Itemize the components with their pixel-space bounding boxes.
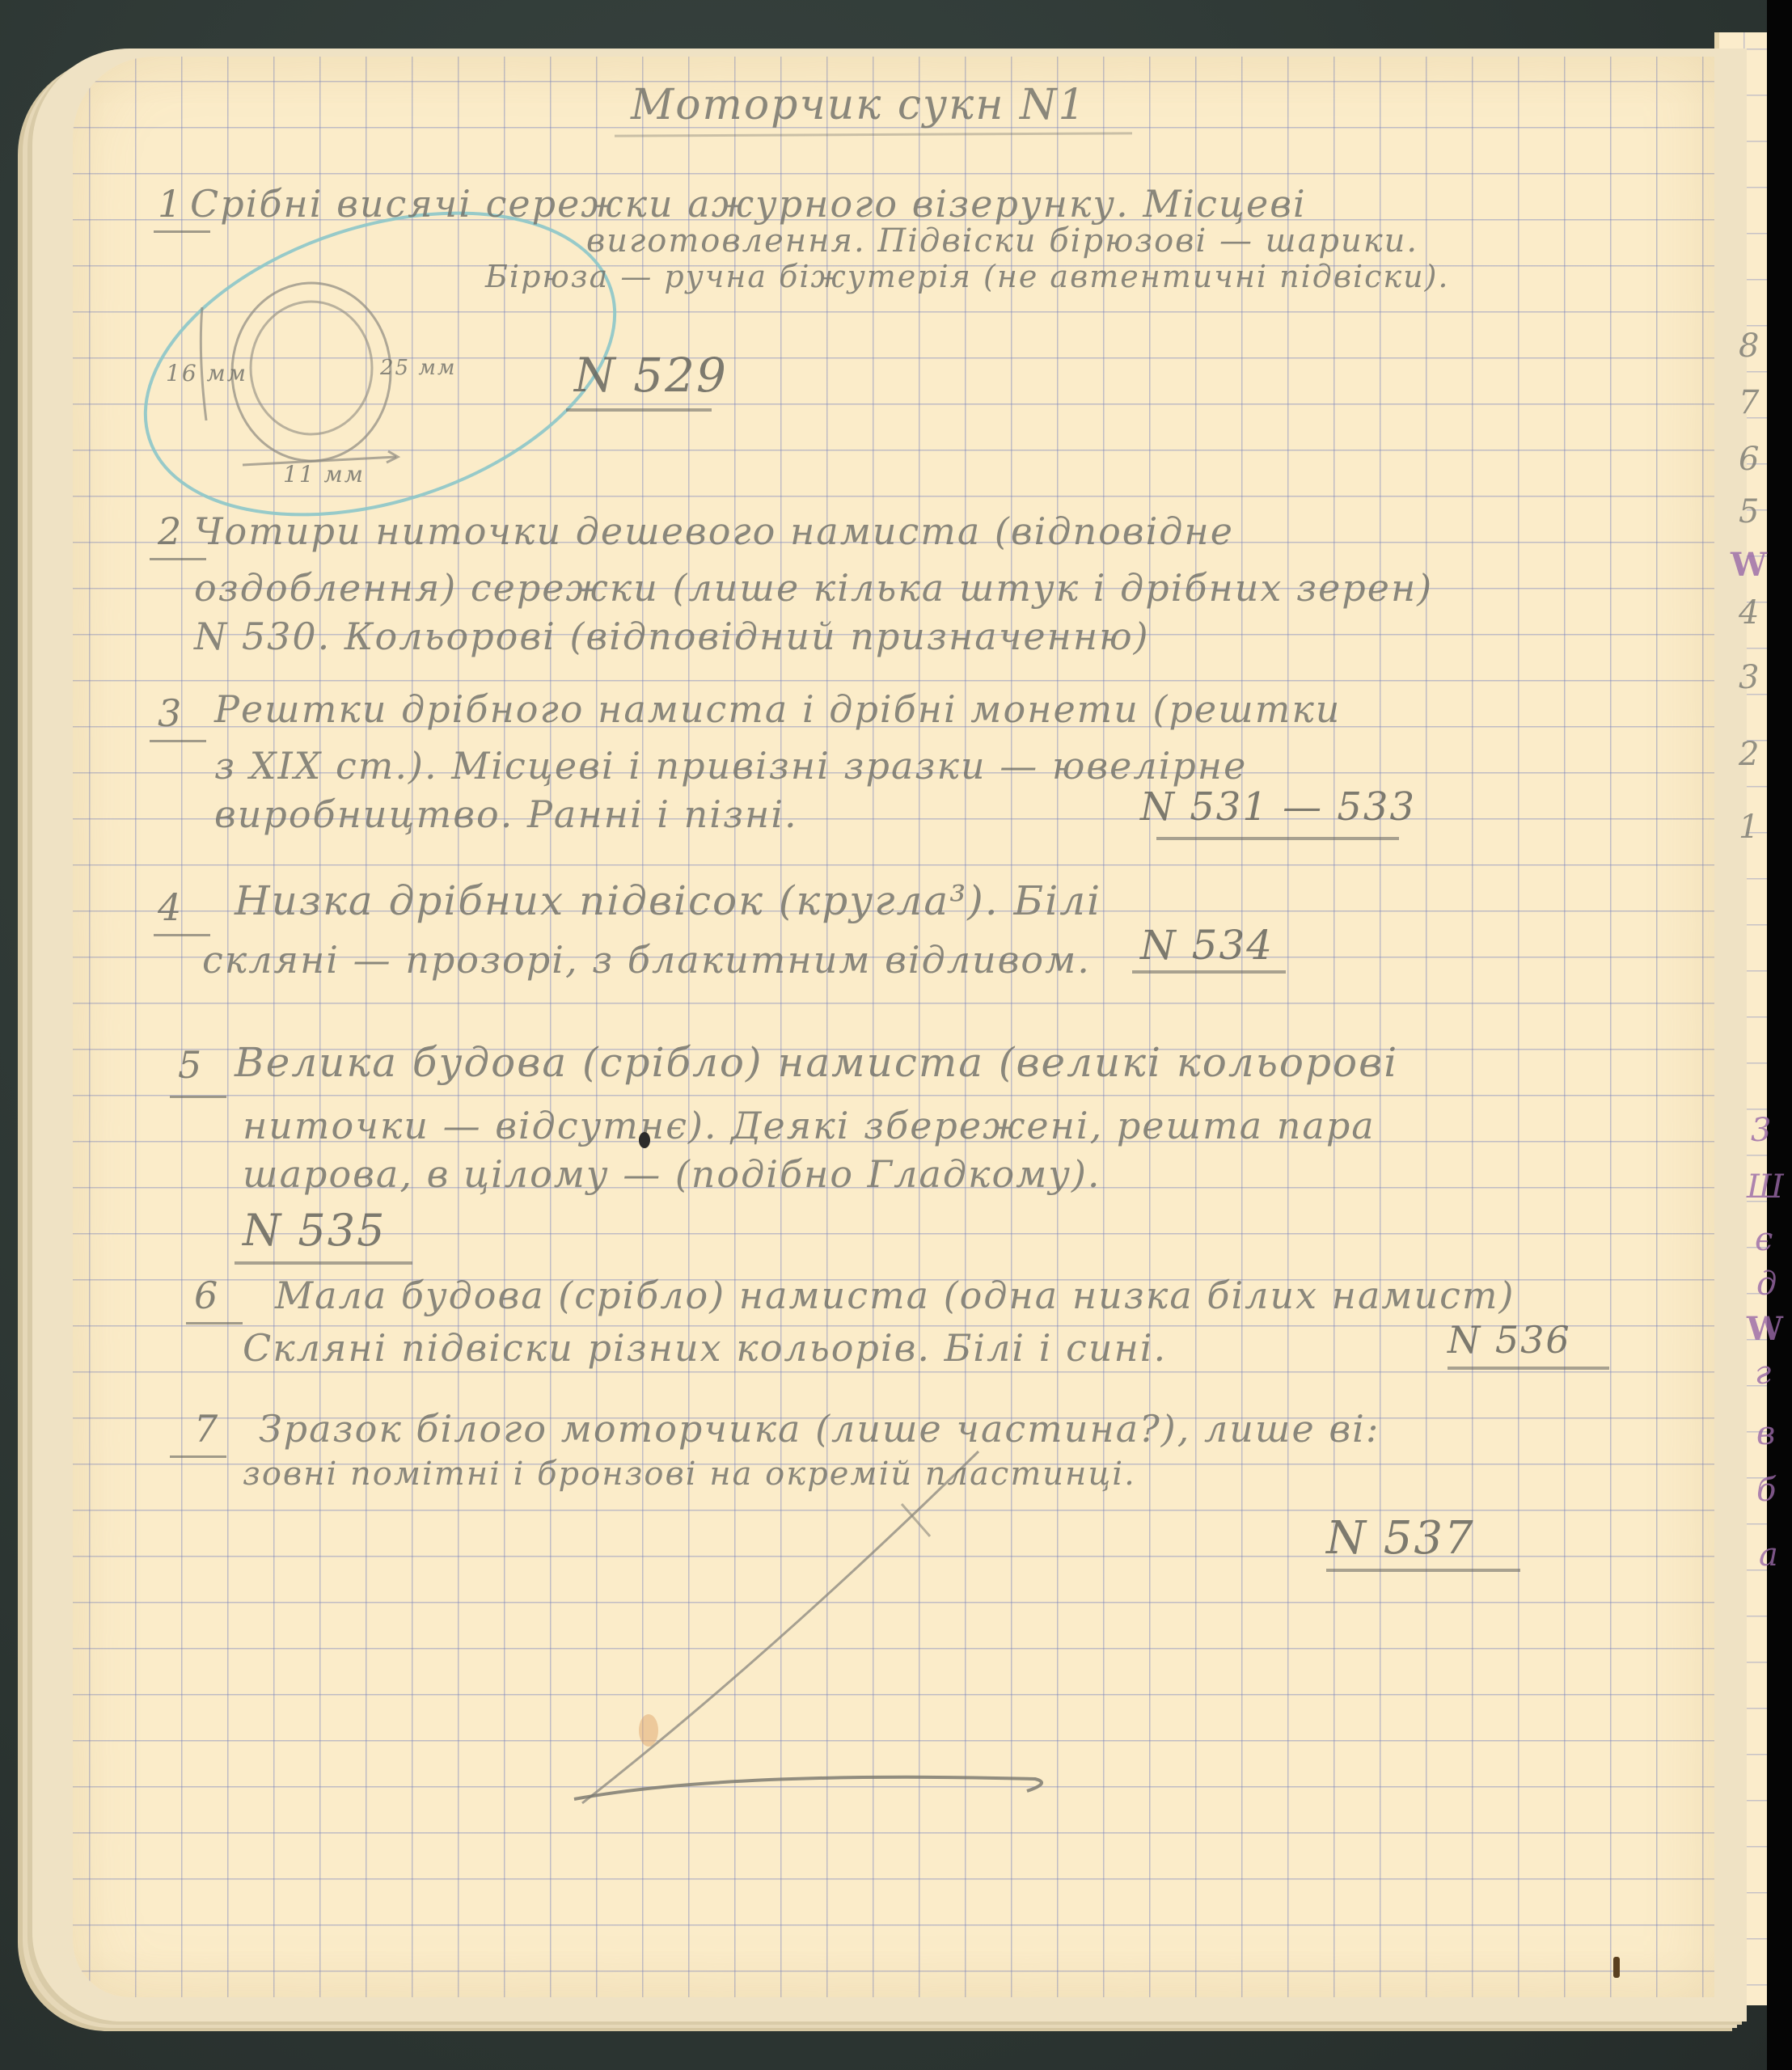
margin-purple-letter: б — [1756, 1472, 1777, 1509]
sketch-label-vertical: 16 мм — [166, 360, 247, 387]
item-6-line-1: Мала будова (срібло) намиста (одна низка… — [275, 1274, 1515, 1317]
margin-num: 5 — [1739, 493, 1760, 530]
item-4-reference: N 534 — [1140, 922, 1274, 969]
stain — [639, 1714, 658, 1747]
item-3-line-3: виробництво. Ранні і пізні. — [214, 792, 798, 836]
margin-num: 8 — [1739, 327, 1760, 365]
item-number-4: 4 — [158, 885, 183, 929]
item-number-underline — [170, 1455, 226, 1458]
item-number-1: 1 — [158, 182, 183, 226]
reference-underline — [1132, 970, 1286, 974]
margin-purple-letter: д — [1756, 1265, 1778, 1303]
ink-dot — [639, 1132, 650, 1148]
margin-purple-letter: в — [1756, 1415, 1777, 1452]
margin-num: 2 — [1739, 736, 1760, 773]
item-5-line-3: шарова, в цілому — (подібно Гладкому). — [243, 1152, 1101, 1196]
item-1-line-1: Срібні висячі сережки ажурного візерунку… — [190, 182, 1307, 226]
margin-num: 7 — [1739, 384, 1760, 421]
item-7-line-1: Зразок білого моторчика (лише частина?),… — [259, 1407, 1380, 1451]
item-3-reference: N 531 — 533 — [1140, 784, 1416, 830]
margin-purple-letter: а — [1759, 1536, 1780, 1574]
item-7-line-2: зовні помітні і бронзові на окремій плас… — [243, 1455, 1136, 1493]
item-3-line-2: з XIX ст.). Місцеві і привізні зразки — … — [214, 744, 1247, 788]
item-number-2: 2 — [158, 509, 183, 553]
item-number-underline — [170, 1096, 226, 1098]
item-number-5: 5 — [178, 1043, 203, 1087]
item-7-reference: N 537 — [1326, 1512, 1475, 1565]
item-number-underline — [186, 1322, 243, 1324]
margin-purple-letter: Ш — [1747, 1168, 1786, 1206]
item-1-reference: N 529 — [574, 348, 728, 403]
notebook-page — [73, 57, 1714, 1997]
item-number-6: 6 — [194, 1274, 219, 1317]
item-3-line-1: Рештки дрібного намиста і дрібні монети … — [214, 687, 1341, 731]
margin-purple-letter: 3 — [1751, 1112, 1773, 1149]
item-6-line-2: Скляні підвіски різних кольорів. Білі і … — [243, 1326, 1167, 1370]
ink-mark — [1613, 1957, 1620, 1978]
item-1-line-3: Бірюза — ручна біжутерія (не автентичні … — [485, 259, 1449, 294]
item-number-underline — [154, 934, 210, 936]
item-2-line-3: N 530. Кольорові (відповідний призначенн… — [194, 615, 1150, 658]
reference-underline — [1156, 837, 1399, 840]
item-5-line-1: Велика будова (срібло) намиста (великі к… — [235, 1039, 1398, 1086]
item-number-underline — [154, 230, 210, 233]
item-number-3: 3 — [158, 691, 183, 735]
item-4-line-2: скляні — прозорі, з блакитним відливом. — [202, 938, 1091, 982]
margin-purple-letter: є — [1755, 1221, 1774, 1258]
margin-purple-mark: W — [1731, 546, 1769, 584]
item-2-line-1: Чотири ниточки дешевого намиста (відпові… — [194, 509, 1234, 553]
margin-num: 1 — [1739, 809, 1760, 846]
reference-underline — [1448, 1367, 1609, 1370]
item-5-reference: N 535 — [243, 1205, 386, 1256]
item-2-line-2: оздоблення) сережки (лише кілька штук і … — [194, 566, 1433, 610]
margin-num: 6 — [1739, 441, 1760, 478]
scan-edge — [1767, 0, 1792, 2070]
item-5-line-2: ниточки — відсутнє). Деякі збережені, ре… — [243, 1104, 1376, 1147]
sketch-label-bottom: 11 мм — [283, 461, 365, 488]
margin-purple-letter: г — [1755, 1354, 1773, 1392]
item-number-7: 7 — [194, 1407, 219, 1451]
sketch-label-right: 25 мм — [380, 356, 456, 380]
page-title: Моторчик сукн N1 — [631, 81, 1087, 129]
reference-underline — [235, 1261, 412, 1265]
item-1-line-2: виготовлення. Підвіски бірюзові — шарики… — [586, 222, 1418, 260]
item-6-reference: N 536 — [1448, 1318, 1571, 1362]
margin-num: 4 — [1739, 594, 1760, 632]
reference-underline — [1326, 1569, 1520, 1572]
margin-purple-letter: W — [1747, 1310, 1785, 1348]
item-number-underline — [150, 558, 206, 560]
reference-underline — [566, 408, 712, 412]
item-4-line-1: Низка дрібних підвісок (кругла³). Білі — [235, 877, 1101, 924]
item-number-underline — [150, 740, 206, 742]
margin-num: 3 — [1739, 659, 1760, 696]
